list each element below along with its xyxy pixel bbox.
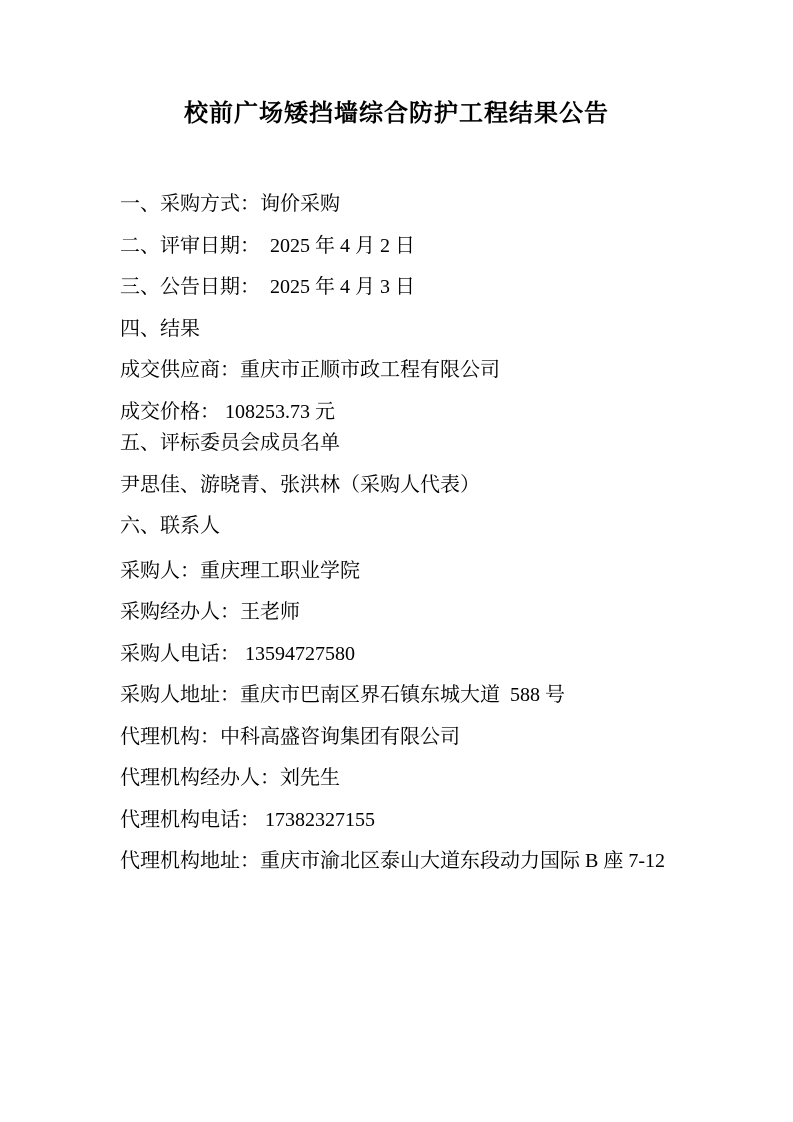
document-line: 尹思佳、游晓青、张洪林（采购人代表）: [120, 465, 733, 507]
document-line: 五、评标委员会成员名单: [120, 423, 733, 465]
document-line: 六、联系人: [120, 506, 733, 548]
document-line: 采购经办人：王老师: [120, 592, 733, 634]
document-page: 校前广场矮挡墙综合防护工程结果公告 一、采购方式：询价采购二、评审日期： 202…: [0, 0, 793, 1122]
document-line: 成交供应商：重庆市正顺市政工程有限公司: [120, 350, 733, 392]
document-line: 四、结果: [120, 309, 733, 351]
document-line: 一、采购方式：询价采购: [120, 184, 733, 226]
document-line: 代理机构地址：重庆市渝北区泰山大道东段动力国际 B 座 7-12: [120, 841, 733, 883]
document-line: 代理机构经办人：刘先生: [120, 758, 733, 800]
document-line: 采购人：重庆理工职业学院: [120, 551, 733, 593]
document-title: 校前广场矮挡墙综合防护工程结果公告: [0, 0, 793, 131]
document-line: 代理机构：中科高盛咨询集团有限公司: [120, 717, 733, 759]
document-line: 采购人地址：重庆市巴南区界石镇东城大道 588 号: [120, 675, 733, 717]
document-line: 三、公告日期： 2025 年 4 月 3 日: [120, 267, 733, 309]
document-body: 一、采购方式：询价采购二、评审日期： 2025 年 4 月 2 日三、公告日期：…: [0, 184, 793, 883]
document-line: 采购人电话： 13594727580: [120, 634, 733, 676]
document-line: 二、评审日期： 2025 年 4 月 2 日: [120, 226, 733, 268]
document-line: 代理机构电话： 17382327155: [120, 800, 733, 842]
